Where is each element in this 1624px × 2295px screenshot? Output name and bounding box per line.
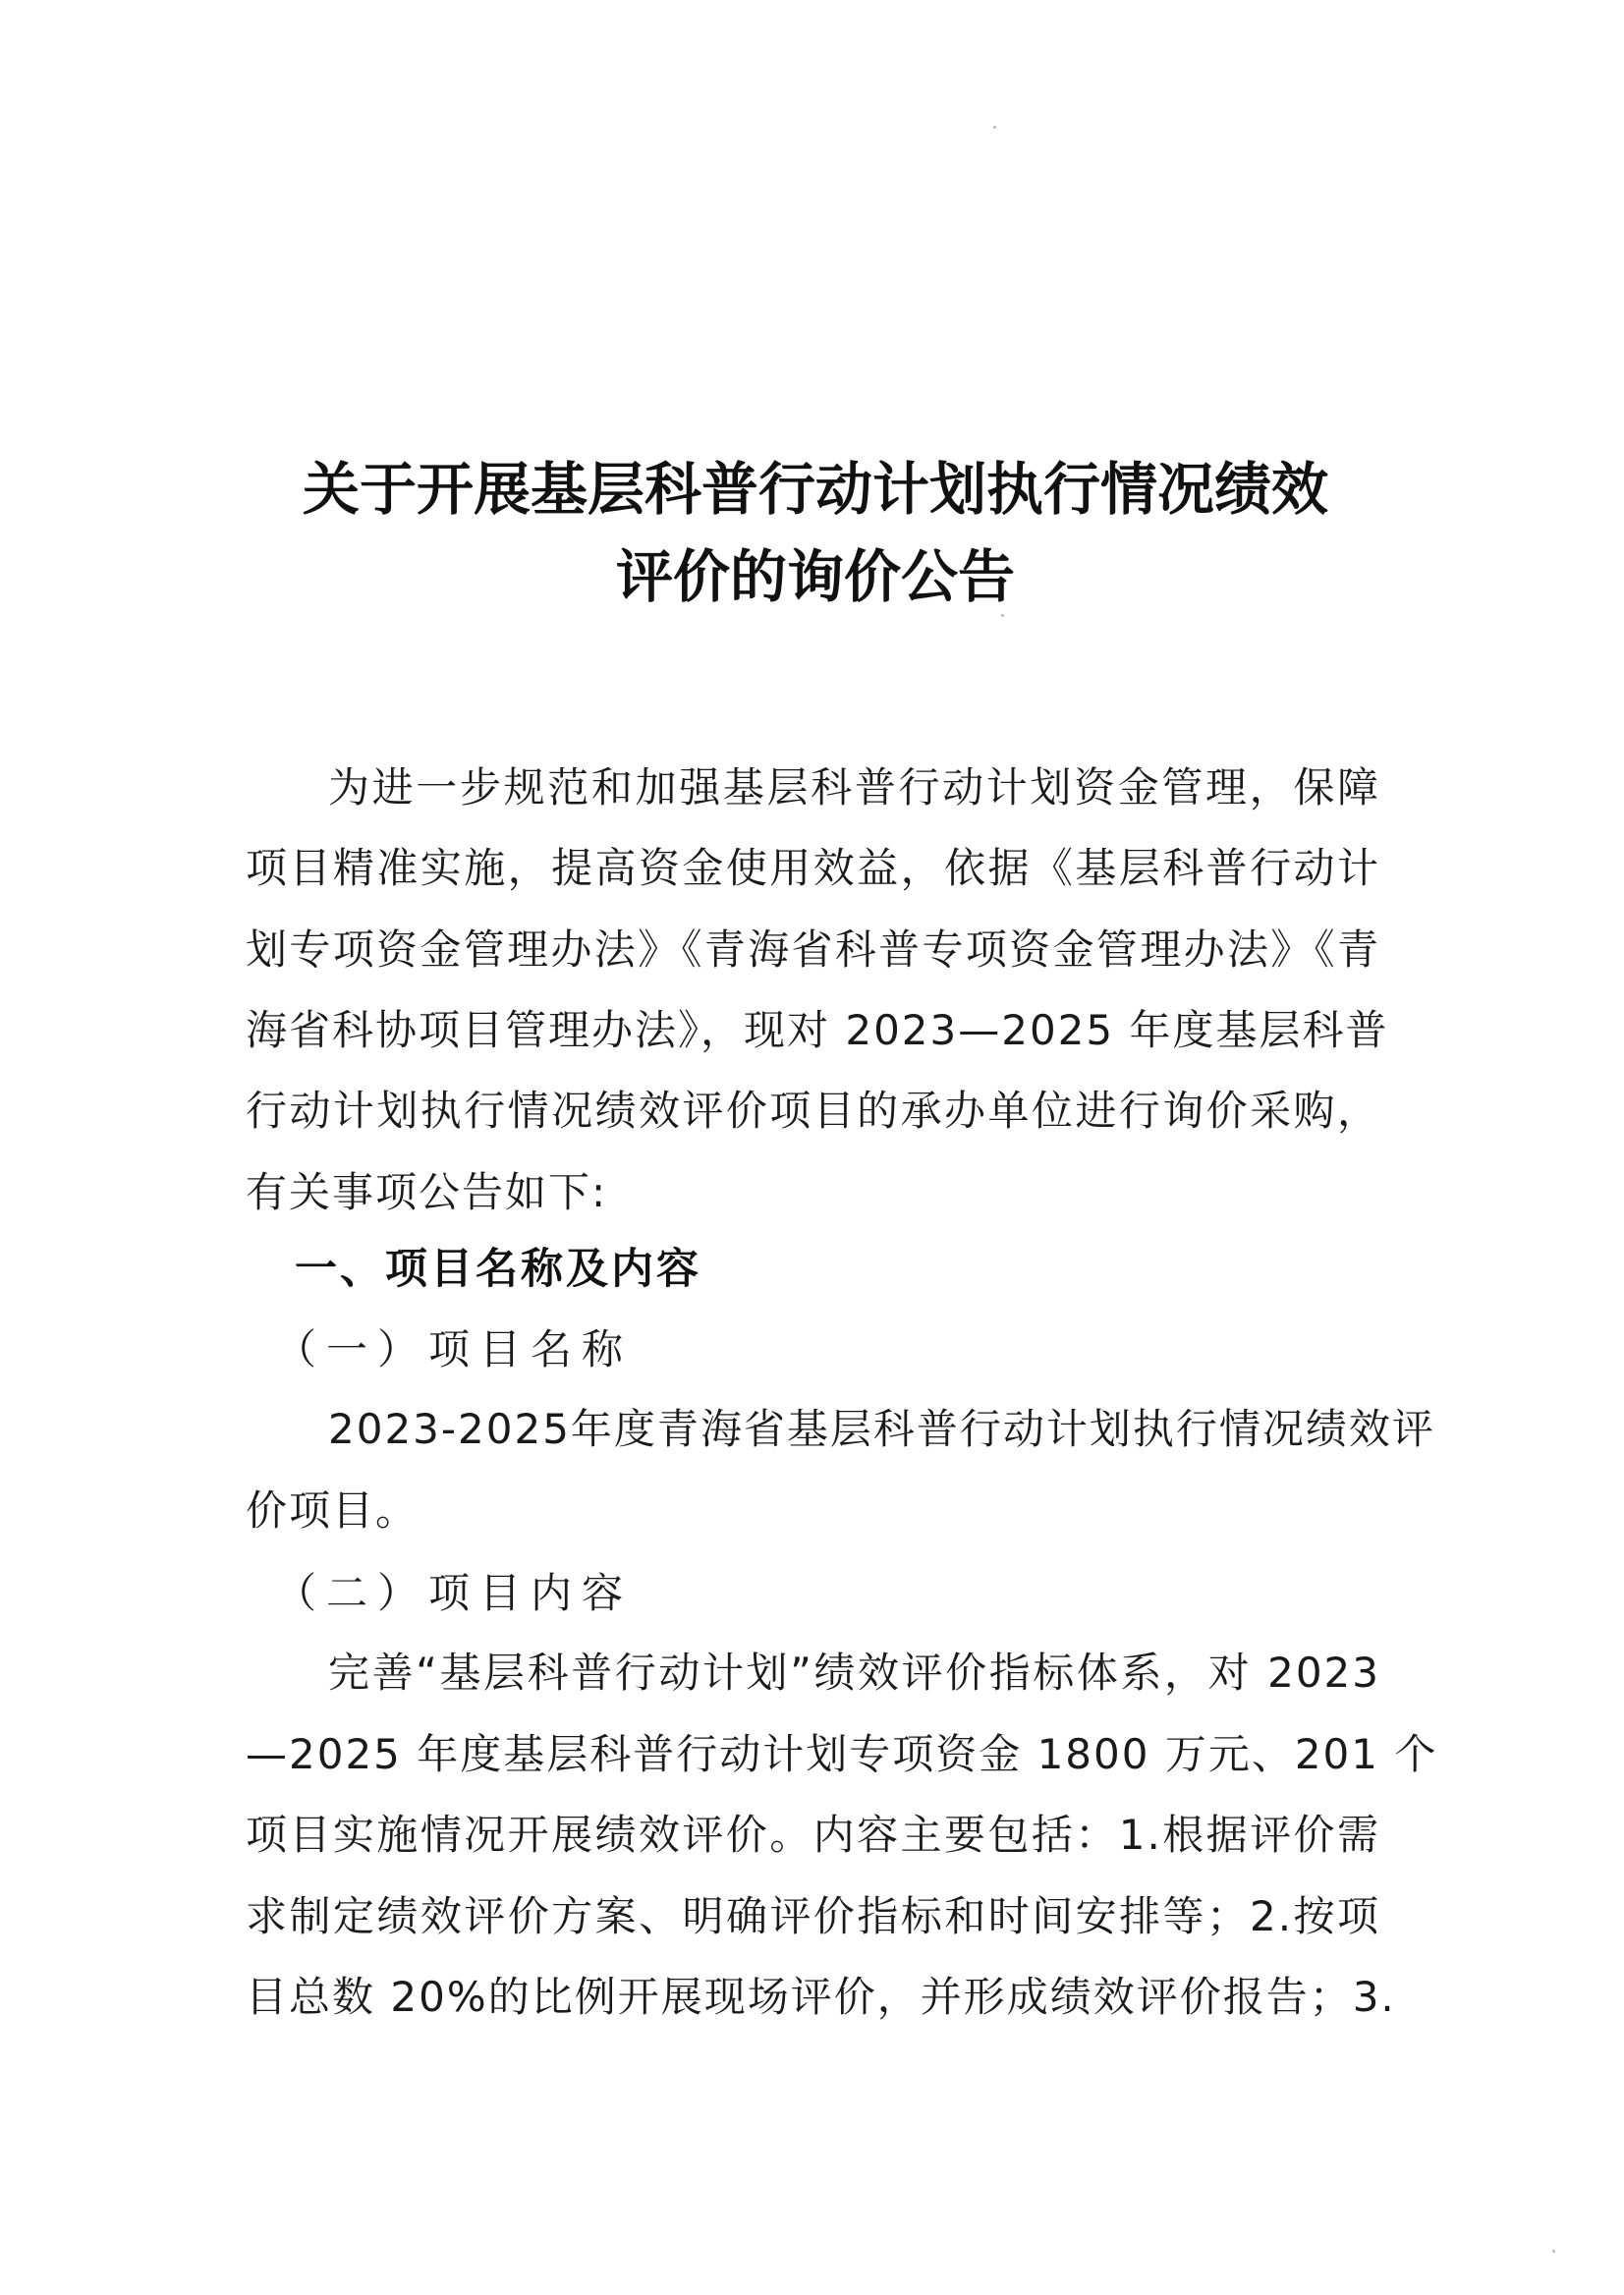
project-name-line-1: 2023-2025年度青海省基层科普行动计划执行情况绩效评 (328, 1400, 1380, 1459)
intro-line-5: 行动计划执行情况绩效评价项目的承办单位进行询价采购， (246, 1082, 1380, 1141)
project-content-line-2: —2025 年度基层科普行动计划专项资金 1800 万元、201 个 (246, 1725, 1380, 1784)
document-page: 关于开展基层科普行动计划执行情况绩效 评价的询价公告 为进一步规范和加强基层科普… (0, 0, 1624, 2295)
subsection-heading-name: （一）项目名称 (275, 1320, 633, 1379)
project-content-line-3: 项目实施情况开展绩效评价。内容主要包括：1.根据评价需 (246, 1806, 1380, 1865)
scan-speck (1552, 2250, 1555, 2253)
intro-line-3: 划专项资金管理办法》《青海省科普专项资金管理办法》《青 (246, 921, 1380, 980)
project-name-line-2: 价项目。 (246, 1482, 1380, 1540)
scan-speck (993, 126, 996, 129)
document-title-line-1: 关于开展基层科普行动计划执行情况绩效 (246, 450, 1385, 529)
subsection-heading-content: （二）项目内容 (275, 1564, 633, 1623)
document-title-line-2: 评价的询价公告 (246, 537, 1385, 616)
intro-line-4: 海省科协项目管理办法》，现对 2023—2025 年度基层科普 (246, 1001, 1380, 1060)
project-content-line-1: 完善“基层科普行动计划”绩效评价指标体系，对 2023 (328, 1644, 1380, 1703)
section-heading: 一、项目名称及内容 (295, 1240, 701, 1299)
intro-line-2: 项目精准实施，提高资金使用效益，依据《基层科普行动计 (246, 839, 1380, 898)
project-content-line-4: 求制定绩效评价方案、明确评价指标和时间安排等；2.按项 (246, 1887, 1380, 1946)
project-content-line-5: 目总数 20%的比例开展现场评价，并形成绩效评价报告；3. (246, 1968, 1380, 2027)
intro-line-1: 为进一步规范和加强基层科普行动计划资金管理，保障 (328, 758, 1380, 817)
intro-line-6: 有关事项公告如下: (246, 1163, 1380, 1222)
